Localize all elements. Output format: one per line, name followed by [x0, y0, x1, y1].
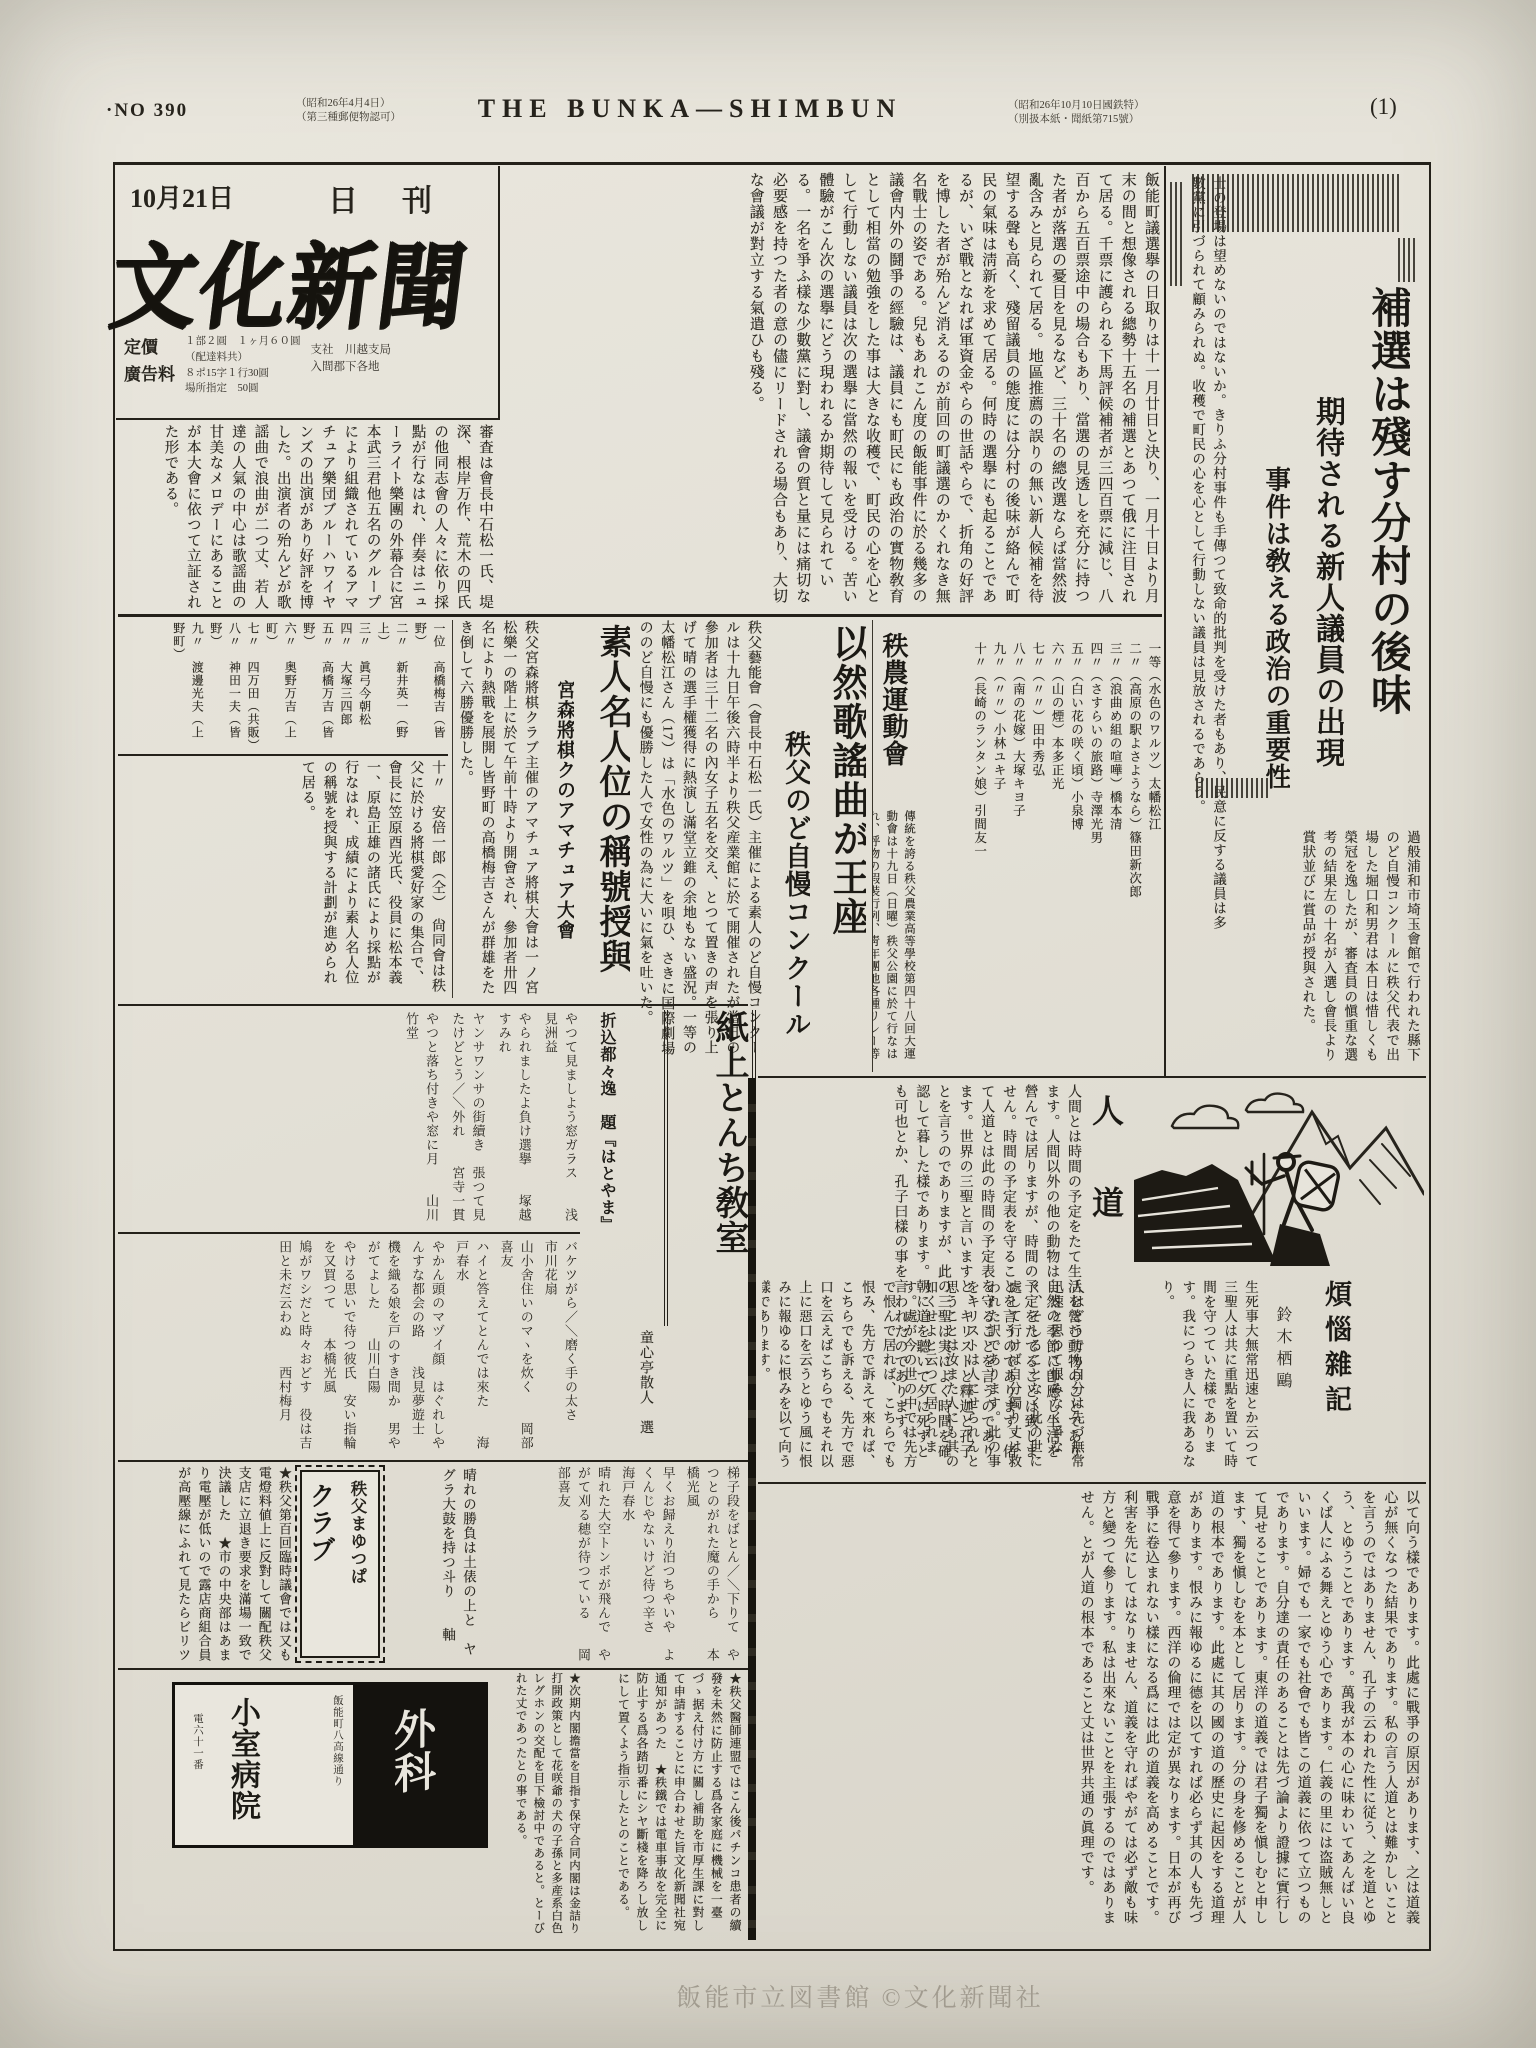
rank-item: 二〃 新井英一（野上） — [374, 622, 411, 748]
lead-article-body: 飯能町議選擧の日取りは十一月廿日と決り、一月十日より月末の間と想像される總勢十五… — [504, 172, 1162, 610]
lead-headline-block: 補選は殘す分村の後味 期待される新人議員の出現 事件は敎える政治の重要性 士の登… — [1164, 166, 1427, 1078]
hospital-address: 飯能町八高線通り — [327, 1695, 345, 1835]
prize-item: 十〃（長崎のランタン娘）引間友一 — [969, 642, 988, 1066]
price-label: 定價 — [124, 334, 175, 361]
shogi-rank-list: 一位 高橋梅吉（皆野） 二〃 新井英一（野上） 三〃 眞弓今朝松 四〃 大塚三四… — [118, 622, 448, 750]
poem: ヤンサワンサの街續き 張つて見たけどとう／＼外れ 宮寺一貫 — [447, 1012, 487, 1224]
prize-item: 五〃（白い花の咲く頃）小泉博 — [1066, 642, 1085, 1066]
tonchi-selector: 童心亭散人 選 — [626, 1330, 656, 1456]
prize-item: 七〃（〃〃）田中秀弘 — [1027, 642, 1046, 1066]
rank-strip-rule — [118, 754, 448, 756]
masthead: 10月21日 日刊 文化新聞 定價 廣告料 １部２圓 １ヶ月６０圓 （配達料共）… — [116, 166, 500, 420]
undokai-headline: 秩農運動會 — [879, 632, 913, 802]
shogi-headline: 素人名人位の稱號授與 — [590, 624, 630, 1024]
page-number: (1) — [1370, 94, 1397, 120]
price-labels: 定價 廣告料 — [124, 334, 175, 397]
nodojiman-headline-2: 秩父のど自慢コンクール — [774, 730, 810, 1066]
price-line: （配達料共） — [185, 350, 301, 366]
poem: ハイと答えてとんでは來た 海戸春水 — [451, 1240, 491, 1454]
rank-item: 三〃 眞弓今朝松 — [355, 622, 374, 748]
rank-item: 六〃 奥野万吉（上町） — [262, 622, 299, 748]
tonchi-poems-row1: やつて見ましよう窓ガラス 浅見洲益 やられましたよ負け選擧 塚越すみれ ヤンサワ… — [118, 1012, 580, 1226]
rank-item: 七〃 四万田（共販） — [243, 622, 262, 748]
poem: バケツがら／＼磨く手の太さ 市川花扇 — [540, 1240, 580, 1454]
tonchi-headline: 紙上とんち敎室 — [664, 1010, 756, 1326]
nodojiman-article-body: 秩父藝能會（會長中石松一氏）主催による素人のど自慢コンクールは十九日午後六時半よ… — [636, 620, 764, 1068]
zakki-author: 鈴木栖鷗 — [1266, 1306, 1294, 1456]
lead-headline-sub2: 事件は敎える政治の重要性 — [1258, 466, 1290, 818]
shogi-headline-block: 素人名人位の稱號授與 宮森將棋クのアマチュア大會 — [540, 620, 632, 1050]
rank-item: 五〃 高橋万吉（皆野） — [299, 622, 336, 748]
prize-item: 二〃（高原の駅よさようなら）篠田新次郎 — [1124, 642, 1143, 1066]
price-block: 定價 廣告料 １部２圓 １ヶ月６０圓 （配達料共） ８ポ15字１行30圓 場所指… — [124, 334, 494, 397]
hatch-decoration-corner — [1398, 238, 1416, 282]
price-line: 場所指定 50圓 — [185, 381, 301, 397]
nodojiman-article-continuation: 審査は會長中石松一氏、堤深、根岸万作、荒木の四氏の他同志會の人々に依り採點が行な… — [118, 424, 496, 610]
poem: 鳩がワシだと時々おどす 役は吉田と未だ云わぬ 西村梅月 — [274, 1240, 314, 1454]
prize-item: 四〃（さすらいの旅路）寺澤光男 — [1086, 642, 1105, 1066]
price-line: ８ポ15字１行30圓 — [185, 366, 301, 382]
mountain-climber-illustration — [1134, 1084, 1424, 1266]
issue-number: ·NO 390 — [106, 100, 188, 122]
prize-item: 一等（水色のワルツ）太幡松江 — [1144, 642, 1163, 1066]
lead-article-side-column: 士の登場は望めないのではないか。きりふ分村事件も手傳つて致命的批判を受けた者もあ… — [1170, 176, 1228, 936]
zakki-title: 煩惱雜記 — [1306, 1280, 1356, 1490]
poem: 晴れた大空トンボが飛んで やがて刈る穂が待つている 岡部喜友 — [553, 1466, 613, 1662]
left-stamp-line2: （第三種郵便物認可） — [296, 111, 401, 125]
rank-item: 八〃 神田一夫（皆野） — [206, 622, 243, 748]
poem: やられましたよ負け選擧 塚越すみれ — [493, 1012, 533, 1224]
undokai-body: 傳統を誇る秩父農業高等學校第四十八回大運動會は十九日（日曜）秩父公園に於て行なは… — [873, 810, 917, 1068]
branch-line: 支社 川越支局 — [311, 342, 392, 359]
poem: やかん頭のマヅイ顔 はぐれしやんすな都会の路 浅見夢遊士 — [407, 1240, 447, 1454]
tonchi-theme: 折込都々逸 題『はとやま』 — [586, 1012, 618, 1312]
prize-list: 一等（水色のワルツ）太幡松江 二〃（高原の駅よさようなら）篠田新次郎 三〃（浪曲… — [921, 642, 1163, 1068]
lead-article-tail: 過般浦和市埼玉會館で行われた縣下のど自慢コンクールに秩父代表で出場した堀口和男君… — [1230, 830, 1422, 1070]
library-credit: 飯能市立図書館 ©文化新聞社 — [535, 1978, 1185, 2014]
nodojiman-headline-1: 以然歌謠曲が王座 — [822, 624, 866, 964]
hospital-ad: 飯能町八高線通り 小室病院 電六十一番 外科 — [172, 1682, 488, 1848]
bottom-article-doctors: ★秩父醫師連盟ではこん後パチンコ患者の續發を未然に防止する爲各家庭に機械を一臺づ… — [588, 1672, 744, 1938]
issue-date: 10月21日 — [130, 178, 234, 215]
section-rule-3 — [758, 1076, 1426, 1078]
prize-item: 八〃（南の花嫁）大塚キヨ子 — [1008, 642, 1027, 1066]
poem: やつて見ましよう窓ガラス 浅見洲益 — [540, 1012, 580, 1224]
branch-line: 入間郡下各地 — [311, 359, 392, 376]
price-line: １部２圓 １ヶ月６０圓 — [185, 334, 301, 350]
lead-headline-sub1: 期待される新人議員の出現 — [1308, 396, 1344, 796]
branch-lines: 支社 川越支局 入間郡下各地 — [311, 334, 392, 397]
shogi-article-continuation: 十〃 安倍一郎（仝） 尙同會は秩父に於ける將棋愛好家の集合で、會長に笠原酉光氏、… — [118, 760, 448, 998]
prize-item: 九〃（〃〃）小林ユキ子 — [989, 642, 1008, 1066]
prize-item: 六〃（山の煙）本多正光 — [1047, 642, 1066, 1066]
zakki-body-1: 生死事大無常迅速とか云つて三聖人は共に重點を置いて時間を守つていた樣であります。… — [1092, 1280, 1260, 1474]
torn-column-divider — [748, 1078, 756, 1940]
zakki-body-3: 以て向う樣であります。此處に戰爭の原因があります、之は道義心が無くなつた結果であ… — [762, 1490, 1422, 1934]
newspaper-title: 文化新聞 — [104, 212, 476, 346]
shogi-article-body: 秩父宮森將棋クラブ主催のアマチュア將棋大會は一ノ宮松樂一の階上に於て午前十時より… — [452, 620, 541, 998]
rank-item: 九〃 渡邊光夫（上野町） — [169, 622, 206, 748]
tonchi-poems-row3: 梯子段をばとん／＼下りて やつとのがれた魔の手から 本橋光風 早くお歸えり泊つち… — [486, 1466, 742, 1664]
lead-headline-main: 補選は殘す分村の後味 — [1364, 286, 1410, 756]
section-rule-1 — [118, 614, 1162, 617]
poem: 機を織る娘を戸のすき間か 男やがてよした 山川白陽 — [363, 1240, 403, 1454]
hospital-phone: 電六十一番 — [189, 1713, 205, 1833]
hospital-name: 小室病院 — [227, 1697, 265, 1833]
nodojiman-headline-block: 以然歌謠曲が王座 秩父のど自慢コンクール — [766, 620, 868, 1070]
mayuppa-club-box: 秩父まゆつぱ クラブ — [300, 1470, 380, 1658]
right-stamp: （昭和26年10月10日國鉄特） （別扱本紙・聞紙第715號） — [1008, 99, 1145, 127]
poem: 早くお歸えり泊つちやいや よくんじやないけど待つ辛さ 海戸春水 — [617, 1466, 677, 1662]
section-rule-6 — [118, 1668, 748, 1670]
poem: やつと落ち付きや窓に月 山川竹堂 — [401, 1012, 441, 1224]
section-rule-4 — [758, 1482, 1426, 1484]
club-news-items: ★秩父第百回臨時議會では又も電燈料値上に反對して關配秩父支店に立退き要求を滿場一… — [122, 1466, 294, 1662]
bottom-article-cabinet: ★次期内閣擔當を目指す保守合同内閣は金詰り打開政策として花咲爺の犬の子孫と多産系… — [490, 1672, 582, 1938]
right-stamp-line2: （別扱本紙・聞紙第715號） — [1008, 113, 1145, 127]
poem-divider-rule — [118, 1232, 580, 1234]
hospital-ad-left: 飯能町八高線通り 小室病院 電六十一番 — [175, 1685, 353, 1845]
right-stamp-line1: （昭和26年10月10日國鉄特） — [1008, 99, 1145, 113]
prize-item: 三〃（浪曲め組の喧嘩）橋本清 — [1105, 642, 1124, 1066]
undokai-prize-zone: 秩農運動會 傳統を誇る秩父農業高等學校第四十八回大運動會は十九日（日曜）秩父公園… — [872, 620, 1165, 1072]
tonchi-poems-row2: バケツがら／＼磨く手の太さ 市川花扇 山小舍住いのマヽを炊く 岡部喜友 ハイと答… — [118, 1240, 580, 1456]
rank-item: 四〃 大塚三四郎 — [336, 622, 355, 748]
club-senryu: 晴れの勝負は土俵の上と ヤグラ大鼓を持つ斗り 軸 — [384, 1468, 478, 1658]
jindo-title: 人 道 — [1090, 1094, 1130, 1274]
poem: 梯子段をばとん／＼下りて やつとのがれた魔の手から 本橋光風 — [682, 1466, 742, 1662]
club-box-title: クラブ — [308, 1481, 340, 1633]
left-stamp-line1: （昭和26年4月4日） — [296, 97, 401, 111]
section-rule-5 — [118, 1460, 748, 1462]
poem: やける思いで待つ彼氏 安い指輪を又買つて 本橋光風 — [318, 1240, 358, 1454]
section-rule-2 — [118, 1004, 748, 1006]
zakki-body-2: 人はどうでも自分は先づ無常迅速と思つて恨みなく爭なく、そしることなく此の世に處し… — [762, 1280, 1086, 1474]
newspaper-page: ·NO 390 （昭和26年4月4日） （第三種郵便物認可） THE BUNKA… — [0, 0, 1536, 2048]
poem: 山小舍住いのマヽを炊く 岡部喜友 — [495, 1240, 535, 1454]
club-box-name: 秩父まゆつぱ — [346, 1480, 370, 1648]
shogi-subhead: 宮森將棋クのアマチュア大會 — [548, 680, 574, 1010]
english-masthead: THE BUNKA—SHIMBUN — [450, 94, 930, 124]
left-stamp: （昭和26年4月4日） （第三種郵便物認可） — [296, 97, 401, 125]
hospital-ad-right: 外科 — [353, 1685, 485, 1845]
rank-item: 一位 高橋梅吉（皆野） — [411, 622, 448, 748]
hospital-department: 外科 — [395, 1704, 443, 1829]
ad-rate-label: 廣告料 — [124, 361, 175, 388]
price-lines: １部２圓 １ヶ月６０圓 （配達料共） ８ポ15字１行30圓 場所指定 50圓 — [185, 334, 301, 397]
